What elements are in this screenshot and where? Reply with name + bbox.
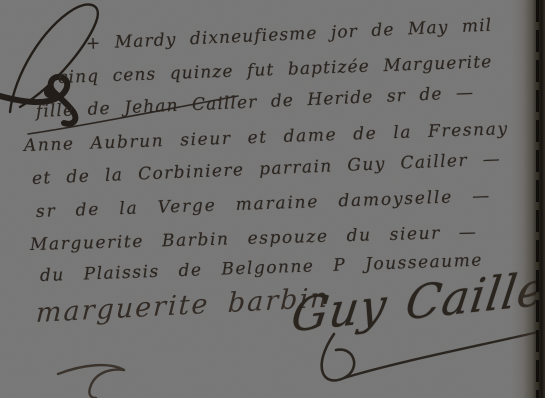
manuscript-page: + Mardy dixneufiesme jor de May mil cinq… [0, 0, 545, 398]
manuscript-line-5: et de la Corbiniere parrain Guy Cailler … [32, 149, 502, 189]
manuscript-line-3: fille de Jehan Cailler de Heride sr de — [36, 83, 475, 122]
manuscript-line-6: sr de la Verge maraine damoyselle — [36, 186, 492, 222]
partial-signature-flourish [52, 358, 182, 398]
binding-shadow-line [536, 0, 539, 398]
manuscript-line-1: + Mardy dixneufiesme jor de May mil [86, 16, 493, 54]
signature-marguerite-barbin: marguerite barbin [35, 283, 330, 330]
manuscript-line-2: cinq cens quinze fut baptizée Marguerite [58, 52, 493, 88]
manuscript-line-7: Marguerite Barbin espouze du sieur — [30, 223, 478, 255]
page-binding-edge [511, 0, 545, 398]
manuscript-line-4: Anne Aubrun sieur et dame de la Fresnay [24, 119, 509, 156]
